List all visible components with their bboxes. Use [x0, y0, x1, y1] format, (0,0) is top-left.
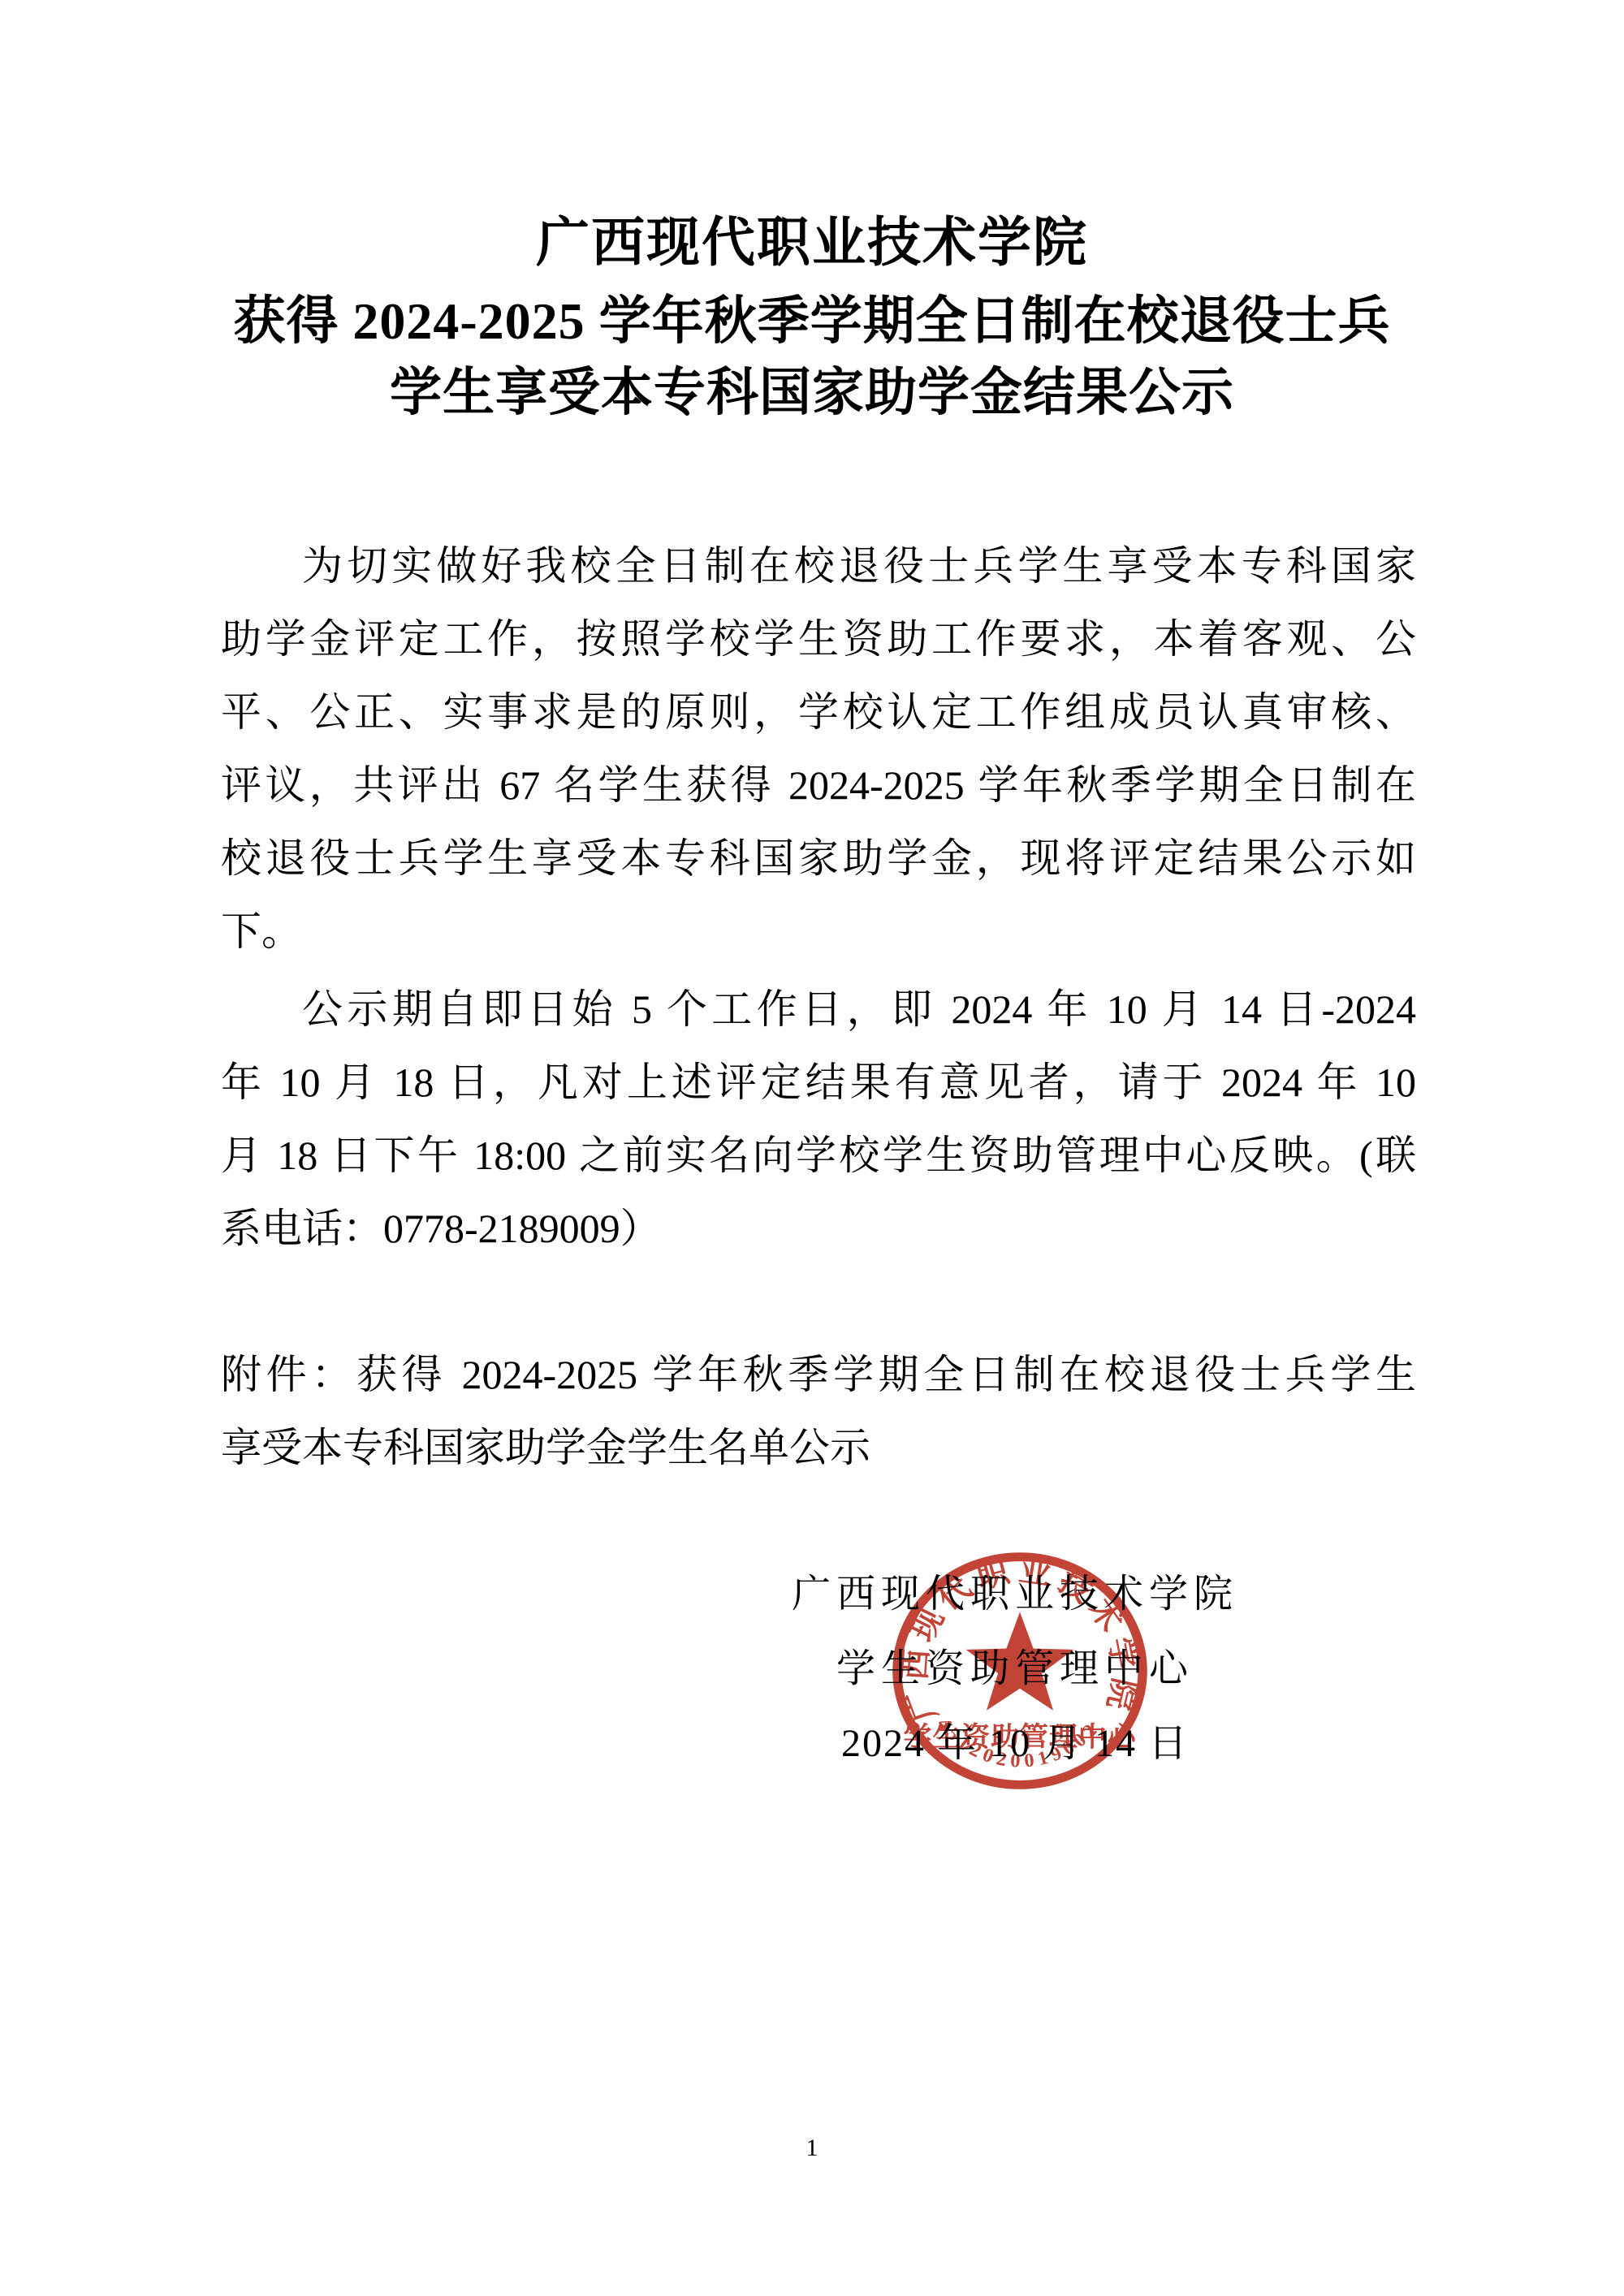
body-line: 年 10 月 18 日，凡对上述评定结果有意见者，请于 2024 年 10: [221, 1046, 1416, 1119]
page-subtitle: 获得 2024-2025 学年秋季学期全日制在校退役士兵 学生享受本专科国家助学…: [0, 286, 1624, 429]
body-line: 公示期自即日始 5 个工作日，即 2024 年 10 月 14 日-2024: [221, 973, 1416, 1046]
document-page: 广西现代职业技术学院 获得 2024-2025 学年秋季学期全日制在校退役士兵 …: [0, 0, 1624, 2296]
body-line: 评议，共评出 67 名学生获得 2024-2025 学年秋季学期全日制在: [221, 749, 1416, 822]
subtitle-line-1: 获得 2024-2025 学年秋季学期全日制在校退役士兵: [0, 286, 1624, 357]
body-paragraph-2: 公示期自即日始 5 个工作日，即 2024 年 10 月 14 日-2024 年…: [221, 973, 1416, 1265]
subtitle-line-2: 学生享受本专科国家助学金结果公示: [0, 357, 1624, 429]
page-number: 1: [0, 2132, 1624, 2164]
body-line: 为切实做好我校全日制在校退役士兵学生享受本专科国家: [221, 529, 1416, 602]
body-line: 校退役士兵学生享受本专科国家助学金，现将评定结果公示如: [221, 822, 1416, 895]
seal-star-icon: [966, 1612, 1074, 1711]
attachment-line: 享受本专科国家助学金学生名单公示: [221, 1411, 1416, 1484]
attachment-note: 附件：获得 2024-2025 学年秋季学期全日制在校退役士兵学生 享受本专科国…: [221, 1338, 1416, 1484]
body-line: 平、公正、实事求是的原则，学校认定工作组成员认真审核、: [221, 675, 1416, 749]
body-paragraph-1: 为切实做好我校全日制在校退役士兵学生享受本专科国家 助学金评定工作，按照学校学生…: [221, 529, 1416, 968]
official-seal: 广西现代职业技术学院 学生资助管理中心 4512020019002: [882, 1539, 1158, 1803]
page-title: 广西现代职业技术学院: [0, 201, 1624, 286]
body-line: 下。: [221, 895, 1416, 968]
body-line: 月 18 日下午 18:00 之前实名向学校学生资助管理中心反映。(联: [221, 1119, 1416, 1192]
body-line: 系电话：0778-2189009）: [221, 1192, 1416, 1265]
body-line: 助学金评定工作，按照学校学生资助工作要求，本着客观、公: [221, 602, 1416, 675]
attachment-line: 附件：获得 2024-2025 学年秋季学期全日制在校退役士兵学生: [221, 1338, 1416, 1411]
